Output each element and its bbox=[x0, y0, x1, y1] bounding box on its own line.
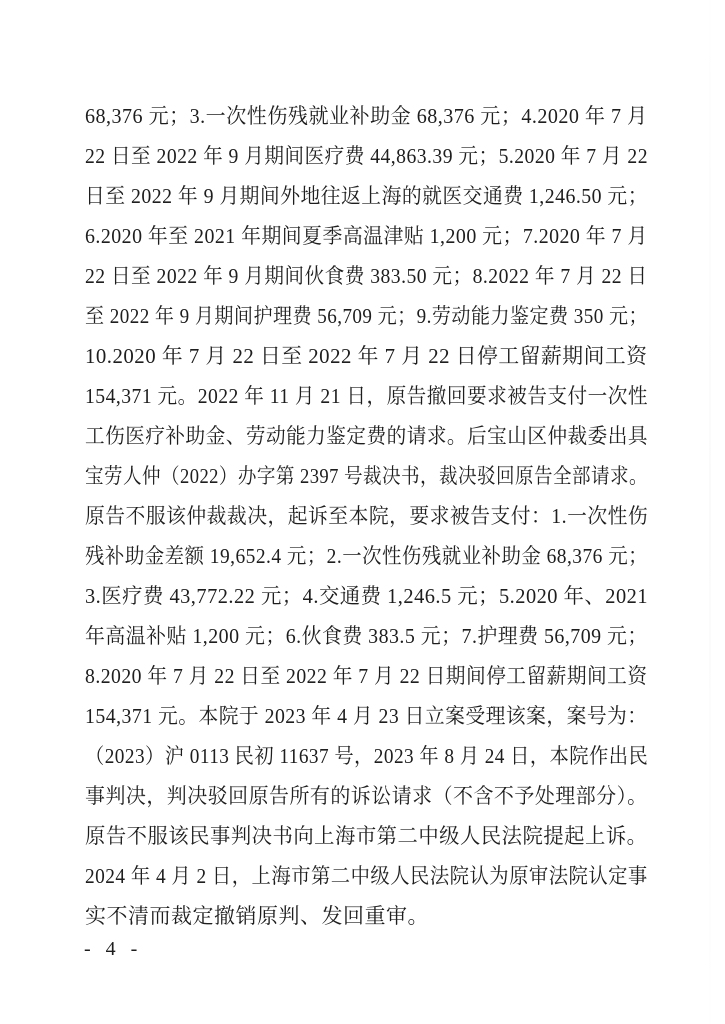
text-line: 宝劳人仲（2022）办字第 2397 号裁决书，裁决驳回原告全部请求。 bbox=[85, 456, 583, 496]
text-line: 事判决，判决驳回原告所有的诉讼请求（不含不予处理部分）。 bbox=[85, 776, 620, 816]
text-line: 68,376 元；3.一次性伤残就业补助金 68,376 元；4.2020 年 … bbox=[85, 96, 623, 136]
text-line: 残补助金差额 19,652.4 元；2.一次性伤残就业补助金 68,376 元； bbox=[85, 536, 606, 576]
text-line: 6.2020 年至 2021 年期间夏季高温津贴 1,200 元；7.2020 … bbox=[85, 216, 618, 256]
text-line: 日至 2022 年 9 月期间外地往返上海的就医交通费 1,246.50 元； bbox=[85, 176, 616, 216]
text-line: 至 2022 年 9 月期间护理费 56,709 元；9.劳动能力鉴定费 350… bbox=[85, 296, 596, 336]
text-line: 154,371 元。2022 年 11 月 21 日，原告撤回要求被告支付一次性 bbox=[85, 376, 612, 416]
text-line: 154,371 元。本院于 2023 年 4 月 23 日立案受理该案，案号为： bbox=[85, 696, 615, 736]
scan-edge-artifact bbox=[709, 0, 711, 1024]
text-line: （2023）沪 0113 民初 11637 号，2023 年 8 月 24 日，… bbox=[85, 736, 601, 776]
text-line: 2024 年 4 月 2 日，上海市第二中级人民法院认为原审法院认定事 bbox=[85, 856, 604, 896]
judgment-text-block: 68,376 元；3.一次性伤残就业补助金 68,376 元；4.2020 年 … bbox=[85, 96, 648, 936]
text-line: 实不清而裁定撤销原判、发回重审。 bbox=[85, 896, 648, 936]
text-line: 10.2020 年 7 月 22 日至 2022 年 7 月 22 日停工留薪期… bbox=[85, 336, 643, 376]
text-line: 年高温补贴 1,200 元；6.伙食费 383.5 元；7.护理费 56,709… bbox=[85, 616, 619, 656]
page-number: - 4 - bbox=[84, 934, 142, 964]
scanned-judgment-page: 68,376 元；3.一次性伤残就业补助金 68,376 元；4.2020 年 … bbox=[0, 0, 725, 1024]
text-line: 22 日至 2022 年 9 月期间医疗费 44,863.39 元；5.2020… bbox=[85, 136, 612, 176]
text-line: 3.医疗费 43,772.22 元；4.交通费 1,246.5 元；5.2020… bbox=[85, 576, 632, 616]
text-line: 原告不服该民事判决书向上海市第二中级人民法院提起上诉。 bbox=[85, 816, 631, 856]
text-line: 22 日至 2022 年 9 月期间伙食费 383.50 元；8.2022 年 … bbox=[85, 256, 612, 296]
text-line: 原告不服该仲裁裁决，起诉至本院，要求被告支付：1.一次性伤 bbox=[85, 496, 616, 536]
text-line: 工伤医疗补助金、劳动能力鉴定费的请求。后宝山区仲裁委出具 bbox=[85, 416, 612, 456]
text-line: 8.2020 年 7 月 22 日至 2022 年 7 月 22 日期间停工留薪… bbox=[85, 656, 613, 696]
